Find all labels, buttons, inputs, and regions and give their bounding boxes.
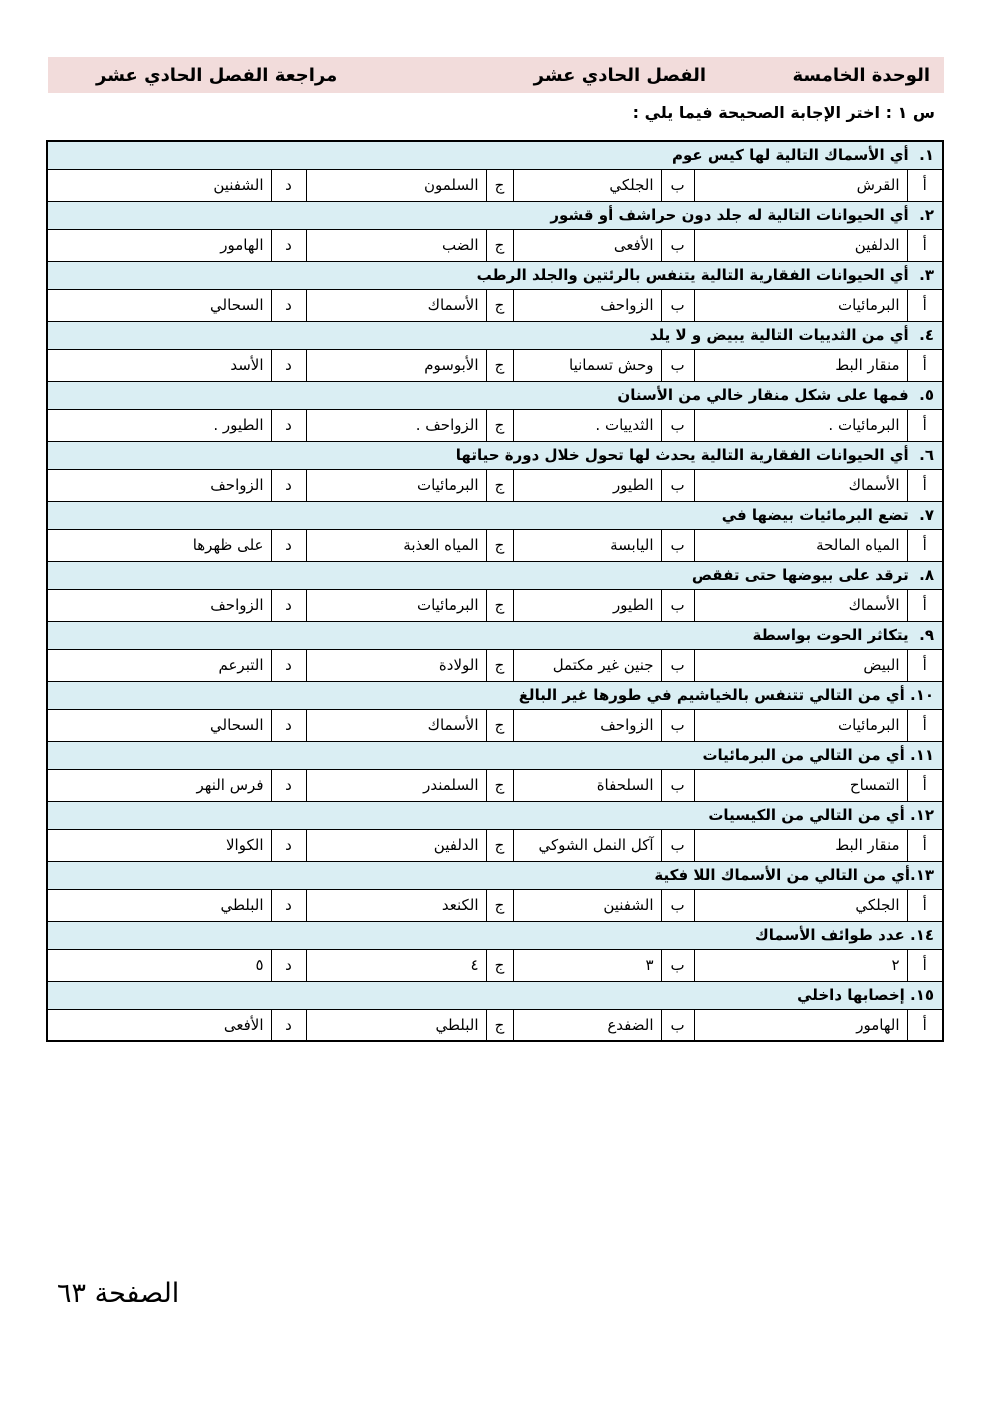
option-text-cell: التمساح [694, 769, 907, 801]
answer-row: أالجلكيبالشفنينجالكنعددالبلطي [47, 889, 943, 921]
option-text-cell: الهامور [47, 229, 271, 261]
option-text-cell: البرمائيات [306, 589, 486, 621]
option-text-cell: فرس النهر [47, 769, 271, 801]
option-letter-cell: ب [661, 409, 694, 441]
option-letter-cell: د [271, 409, 306, 441]
question-text: ١١. أي من التالي من البرمائيات [47, 741, 943, 769]
option-letter-cell: ج [486, 229, 513, 261]
option-text-cell: الضب [306, 229, 486, 261]
answer-row: أالتمساحبالسلحفاةجالسلمندردفرس النهر [47, 769, 943, 801]
option-text-cell: ٢ [694, 949, 907, 981]
option-letter-cell: ب [661, 829, 694, 861]
option-letter-cell: ب [661, 289, 694, 321]
option-text-cell: السلمون [306, 169, 486, 201]
option-letter-cell: أ [907, 769, 943, 801]
option-letter-cell: أ [907, 589, 943, 621]
option-text-cell: البرمائيات [694, 709, 907, 741]
answer-row: أالبرمائياتبالزواحفجالأسماكدالسحالي [47, 709, 943, 741]
option-text-cell: اليابسة [513, 529, 661, 561]
option-letter-cell: د [271, 529, 306, 561]
option-letter-cell: ج [486, 829, 513, 861]
option-letter-cell: ج [486, 529, 513, 561]
option-letter-cell: ب [661, 229, 694, 261]
question-text: ٩. يتكاثر الحوت بواسطة [47, 621, 943, 649]
option-letter-cell: د [271, 1009, 306, 1041]
question-row: ٥. فمها على شكل منقار خالي من الأسنان [47, 381, 943, 409]
option-text-cell: الزواحف . [306, 409, 486, 441]
option-letter-cell: أ [907, 469, 943, 501]
option-text-cell: الكنعد [306, 889, 486, 921]
answer-row: أمنقار البطبوحش تسمانياجالأبوسومدالأسد [47, 349, 943, 381]
option-letter-cell: أ [907, 349, 943, 381]
option-text-cell: السحالي [47, 289, 271, 321]
option-letter-cell: ب [661, 889, 694, 921]
option-letter-cell: ب [661, 529, 694, 561]
option-text-cell: التبرعم [47, 649, 271, 681]
option-text-cell: الشفنين [47, 169, 271, 201]
question-text: ٧. تضع البرمائيات بيضها في [47, 501, 943, 529]
question-row: ١. أي الأسماك التالية لها كيس عوم [47, 141, 943, 169]
option-text-cell: الأفعى [513, 229, 661, 261]
option-text-cell: الأبوسوم [306, 349, 486, 381]
option-text-cell: الشفنين [513, 889, 661, 921]
question-row: ١١. أي من التالي من البرمائيات [47, 741, 943, 769]
option-letter-cell: ج [486, 589, 513, 621]
question-row: ٢. أي الحيوانات التالية له جلد دون حراشف… [47, 201, 943, 229]
option-letter-cell: ب [661, 349, 694, 381]
option-text-cell: على ظهرها [47, 529, 271, 561]
option-text-cell: الزواحف [47, 469, 271, 501]
option-letter-cell: د [271, 889, 306, 921]
worksheet-page: { "colors":{ "header_bg":"#f2dcdb", "que… [0, 0, 992, 1403]
option-letter-cell: أ [907, 409, 943, 441]
question-text: ٢. أي الحيوانات التالية له جلد دون حراشف… [47, 201, 943, 229]
option-letter-cell: ب [661, 769, 694, 801]
option-text-cell: السلمندر [306, 769, 486, 801]
option-text-cell: ٣ [513, 949, 661, 981]
answer-row: أالبيضبجنين غير مكتملجالولادةدالتبرعم [47, 649, 943, 681]
question-text: ٦. أي الحيوانات الفقارية التالية يحدث له… [47, 441, 943, 469]
answer-row: أ٢ب٣ج٤د٥ [47, 949, 943, 981]
question-text: ٤. أي من الثدييات التالية يبيض و لا يلد [47, 321, 943, 349]
question-row: ٦. أي الحيوانات الفقارية التالية يحدث له… [47, 441, 943, 469]
option-letter-cell: أ [907, 229, 943, 261]
question-row: ٣. أي الحيوانات الفقارية التالية يتنفس ب… [47, 261, 943, 289]
option-letter-cell: د [271, 649, 306, 681]
title-bar: الوحدة الخامسة الفصل الحادي عشر مراجعة ا… [48, 57, 944, 93]
question-text: ٥. فمها على شكل منقار خالي من الأسنان [47, 381, 943, 409]
question-row: ١٠. أي من التالي تتنفس بالخياشيم في طوره… [47, 681, 943, 709]
option-text-cell: البرمائيات . [694, 409, 907, 441]
answer-row: أمنقار البطبآكل النمل الشوكيجالدلفيندالك… [47, 829, 943, 861]
question-row: ١٤. عدد طوائف الأسماك [47, 921, 943, 949]
option-text-cell: السحالي [47, 709, 271, 741]
option-text-cell: ٤ [306, 949, 486, 981]
option-letter-cell: ب [661, 589, 694, 621]
page-number: الصفحة ٦٣ [57, 1278, 179, 1309]
option-letter-cell: أ [907, 1009, 943, 1041]
option-text-cell: الجلكي [513, 169, 661, 201]
option-text-cell: الطيور [513, 589, 661, 621]
answer-row: أالبرمائيات .بالثدييات .جالزواحف .دالطيو… [47, 409, 943, 441]
option-text-cell: الزواحف [513, 289, 661, 321]
unit-title: الوحدة الخامسة [792, 65, 930, 86]
option-text-cell: الأسماك [306, 709, 486, 741]
option-letter-cell: ب [661, 649, 694, 681]
answer-row: أالقرشبالجلكيجالسلموندالشفنين [47, 169, 943, 201]
option-letter-cell: ج [486, 769, 513, 801]
option-text-cell: القرش [694, 169, 907, 201]
option-text-cell: السلحفاة [513, 769, 661, 801]
question-text: ٨. ترقد على بيوضها حتى تفقص [47, 561, 943, 589]
option-letter-cell: ج [486, 949, 513, 981]
option-text-cell: البرمائيات [694, 289, 907, 321]
option-letter-cell: أ [907, 649, 943, 681]
option-letter-cell: ج [486, 1009, 513, 1041]
answer-row: أالهاموربالضفدعجالبلطيدالأفعى [47, 1009, 943, 1041]
option-text-cell: الطيور [513, 469, 661, 501]
option-letter-cell: د [271, 949, 306, 981]
option-text-cell: البرمائيات [306, 469, 486, 501]
option-letter-cell: ج [486, 409, 513, 441]
option-letter-cell: ج [486, 169, 513, 201]
option-text-cell: المياه المالحة [694, 529, 907, 561]
option-text-cell: الدلفين [306, 829, 486, 861]
option-letter-cell: ج [486, 649, 513, 681]
question-text: ١٤. عدد طوائف الأسماك [47, 921, 943, 949]
option-letter-cell: د [271, 829, 306, 861]
option-text-cell: وحش تسمانيا [513, 349, 661, 381]
option-text-cell: الأسماك [694, 589, 907, 621]
option-text-cell: الكوالا [47, 829, 271, 861]
option-text-cell: الطيور . [47, 409, 271, 441]
question-text: ١٣.أي من التالي من الأسماك اللا فكية [47, 861, 943, 889]
option-letter-cell: أ [907, 949, 943, 981]
option-letter-cell: أ [907, 169, 943, 201]
question-row: ١٣.أي من التالي من الأسماك اللا فكية [47, 861, 943, 889]
option-text-cell: الزواحف [513, 709, 661, 741]
option-text-cell: البلطي [47, 889, 271, 921]
option-letter-cell: أ [907, 289, 943, 321]
option-text-cell: الأسماك [306, 289, 486, 321]
option-letter-cell: ب [661, 949, 694, 981]
chapter-title: الفصل الحادي عشر [534, 65, 706, 86]
option-letter-cell: أ [907, 889, 943, 921]
question-row: ٩. يتكاثر الحوت بواسطة [47, 621, 943, 649]
question-text: ١. أي الأسماك التالية لها كيس عوم [47, 141, 943, 169]
option-text-cell: الجلكي [694, 889, 907, 921]
option-text-cell: الضفدع [513, 1009, 661, 1041]
question-text: ١٥. إخصابها داخلي [47, 981, 943, 1009]
option-letter-cell: ج [486, 889, 513, 921]
question-text: ١٢. أي من التالي من الكيسيات [47, 801, 943, 829]
question-text: ٣. أي الحيوانات الفقارية التالية يتنفس ب… [47, 261, 943, 289]
option-text-cell: الأفعى [47, 1009, 271, 1041]
answer-row: أالأسماكبالطيورجالبرمائياتدالزواحف [47, 469, 943, 501]
option-letter-cell: د [271, 169, 306, 201]
answer-row: أالبرمائياتبالزواحفجالأسماكدالسحالي [47, 289, 943, 321]
option-text-cell: الثدييات . [513, 409, 661, 441]
option-letter-cell: ب [661, 169, 694, 201]
option-letter-cell: أ [907, 709, 943, 741]
review-title: مراجعة الفصل الحادي عشر [96, 65, 337, 86]
option-letter-cell: د [271, 769, 306, 801]
option-letter-cell: ج [486, 469, 513, 501]
question-row: ١٢. أي من التالي من الكيسيات [47, 801, 943, 829]
question-row: ١٥. إخصابها داخلي [47, 981, 943, 1009]
option-text-cell: منقار البط [694, 829, 907, 861]
question-row: ٤. أي من الثدييات التالية يبيض و لا يلد [47, 321, 943, 349]
option-letter-cell: ج [486, 349, 513, 381]
answer-row: أالمياه المالحةباليابسةجالمياه العذبةدعل… [47, 529, 943, 561]
option-letter-cell: ج [486, 709, 513, 741]
option-text-cell: الأسد [47, 349, 271, 381]
option-letter-cell: أ [907, 829, 943, 861]
option-letter-cell: ب [661, 1009, 694, 1041]
option-text-cell: الدلفين [694, 229, 907, 261]
option-letter-cell: ب [661, 469, 694, 501]
option-letter-cell: أ [907, 529, 943, 561]
option-letter-cell: د [271, 229, 306, 261]
option-text-cell: جنين غير مكتمل [513, 649, 661, 681]
option-text-cell: الولادة [306, 649, 486, 681]
option-text-cell: ٥ [47, 949, 271, 981]
answer-row: أالأسماكبالطيورجالبرمائياتدالزواحف [47, 589, 943, 621]
option-letter-cell: د [271, 349, 306, 381]
option-text-cell: الزواحف [47, 589, 271, 621]
quiz-table: ١. أي الأسماك التالية لها كيس عومأالقرشب… [46, 140, 944, 1042]
option-text-cell: منقار البط [694, 349, 907, 381]
option-letter-cell: ب [661, 709, 694, 741]
option-text-cell: المياه العذبة [306, 529, 486, 561]
option-text-cell: الأسماك [694, 469, 907, 501]
option-letter-cell: د [271, 289, 306, 321]
question-row: ٧. تضع البرمائيات بيضها في [47, 501, 943, 529]
answer-row: أالدلفينبالأفعىجالضبدالهامور [47, 229, 943, 261]
option-text-cell: آكل النمل الشوكي [513, 829, 661, 861]
question-text: ١٠. أي من التالي تتنفس بالخياشيم في طوره… [47, 681, 943, 709]
option-letter-cell: د [271, 469, 306, 501]
questions-body: ١. أي الأسماك التالية لها كيس عومأالقرشب… [47, 141, 943, 1041]
option-letter-cell: د [271, 709, 306, 741]
option-text-cell: الهامور [694, 1009, 907, 1041]
option-letter-cell: د [271, 589, 306, 621]
option-text-cell: البيض [694, 649, 907, 681]
question-row: ٨. ترقد على بيوضها حتى تفقص [47, 561, 943, 589]
question-instruction: س ١ : اختر الإجابة الصحيحة فيما يلي : [633, 103, 935, 122]
option-text-cell: البلطي [306, 1009, 486, 1041]
option-letter-cell: ج [486, 289, 513, 321]
